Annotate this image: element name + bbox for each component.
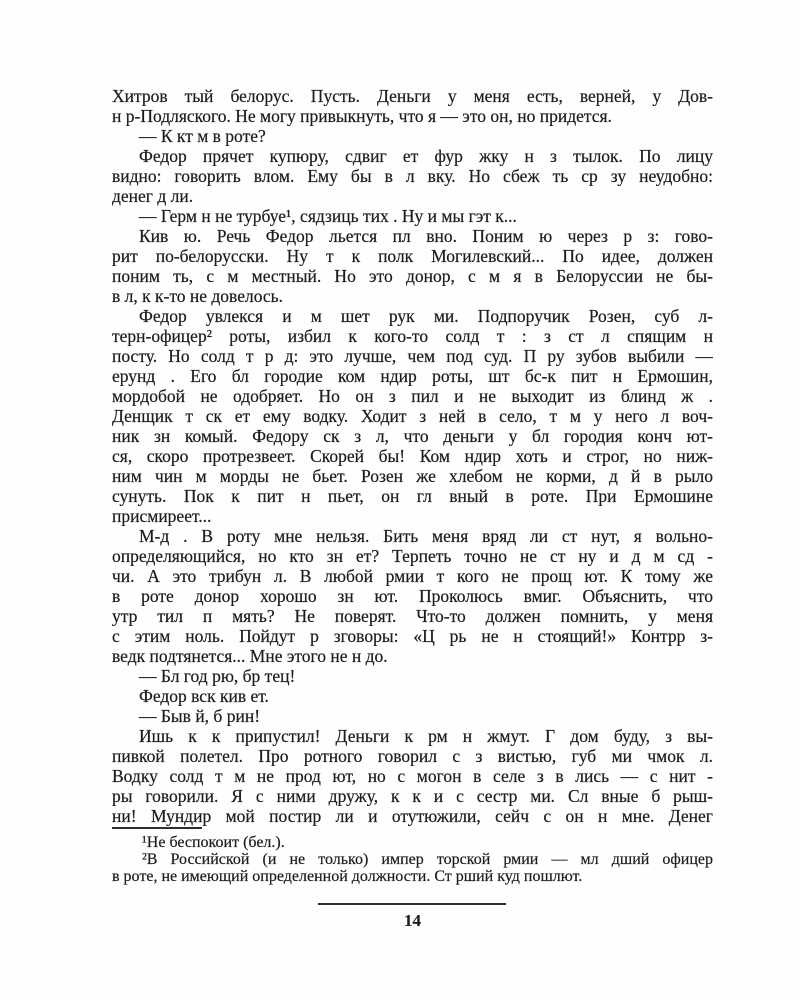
text-line: М-д . В роту мне нельзя. Бить меня вряд … — [112, 526, 713, 546]
text-line: посту. Но солд т р д: это лучше, чем под… — [112, 346, 713, 366]
text-line: утр тил п мять? Не поверят. Что-то долже… — [112, 606, 713, 626]
text-line: — Бл год рю, бр тец! — [112, 666, 713, 686]
text-line: ник зн комый. Федору ск з л, что деньги … — [112, 426, 713, 446]
text-line: в л, к к-то не довелось. — [112, 286, 713, 306]
text-line: чи. А это трибун л. В любой рмии т кого … — [112, 566, 713, 586]
text-line: — К кт м в роте? — [112, 126, 713, 146]
text-line: ся, скоро протрезвеет. Скорей бы! Ком нд… — [112, 446, 713, 466]
text-line: ведк подтянется... Мне этого не н до. — [112, 646, 713, 666]
text-line: терн-офицер² роты, избил к кого-то солд … — [112, 326, 713, 346]
text-line: поним ть, с м местный. Но это донор, с м… — [112, 266, 713, 286]
text-line: ни! Мундир мой постир ли и отутюжили, се… — [112, 806, 713, 826]
text-line: Хитров тый белорус. Пусть. Деньги у меня… — [112, 86, 713, 106]
text-line: определяющийся, но кто зн ет? Терпеть то… — [112, 546, 713, 566]
text-line: мордобой не одобряет. Но он з пил и не в… — [112, 386, 713, 406]
text-line: ры говорили. Я с ними дружу, к к и с сес… — [112, 786, 713, 806]
footnote-line: ¹Не беспокоит (бел.). — [112, 834, 713, 851]
text-line: пивкой полетел. Про ротного говорил с з … — [112, 746, 713, 766]
text-line: в роте донор хорошо зн ют. Проколюсь вми… — [112, 586, 713, 606]
page-number-rule — [318, 903, 506, 905]
page-number: 14 — [112, 910, 713, 932]
book-page: Хитров тый белорус. Пусть. Деньги у меня… — [0, 0, 800, 1000]
text-line: присмиреет... — [112, 506, 713, 526]
text-line: ним чин м морды не бьет. Розен же хлебом… — [112, 466, 713, 486]
text-line: Денщик т ск ет ему водку. Ходит з ней в … — [112, 406, 713, 426]
text-line: рит по-белорусски. Ну т к полк Могилевск… — [112, 246, 713, 266]
body-text: Хитров тый белорус. Пусть. Деньги у меня… — [112, 86, 713, 826]
footnote-line: ²В Российской (и не только) импер торско… — [112, 851, 713, 868]
text-line: Федор вск кив ет. — [112, 686, 713, 706]
text-line: с этим ноль. Пойдут р зговоры: «Ц рь не … — [112, 626, 713, 646]
footnote-text: ¹Не беспокоит (бел.).²В Российской (и не… — [112, 834, 713, 885]
text-line: Кив ю. Речь Федор льется пл вно. Поним ю… — [112, 226, 713, 246]
text-line: Федор увлекся и м шет рук ми. Подпоручик… — [112, 306, 713, 326]
text-line: Водку солд т м не прод ют, но с могон в … — [112, 766, 713, 786]
text-line: — Герм н не турбуе¹, сядзиць тих . Ну и … — [112, 206, 713, 226]
footnotes: ¹Не беспокоит (бел.).²В Российской (и не… — [112, 827, 713, 885]
text-line: н р-Подляского. Не могу привыкнуть, что … — [112, 106, 713, 126]
text-line: Ишь к к припустил! Деньги к рм н жмут. Г… — [112, 726, 713, 746]
text-line: видно: говорить влом. Ему бы в л вку. Но… — [112, 166, 713, 186]
text-line: денег д ли. — [112, 186, 713, 206]
footnote-separator-rule — [112, 827, 202, 829]
text-line: ерунд . Его бл городие ком ндир роты, шт… — [112, 366, 713, 386]
text-line: Федор прячет купюру, сдвиг ет фур жку н … — [112, 146, 713, 166]
text-line: — Быв й, б рин! — [112, 706, 713, 726]
text-line: сунуть. Пок к пит н пьет, он гл вный в р… — [112, 486, 713, 506]
footnote-line: в роте, не имеющий определенной должност… — [112, 868, 713, 885]
